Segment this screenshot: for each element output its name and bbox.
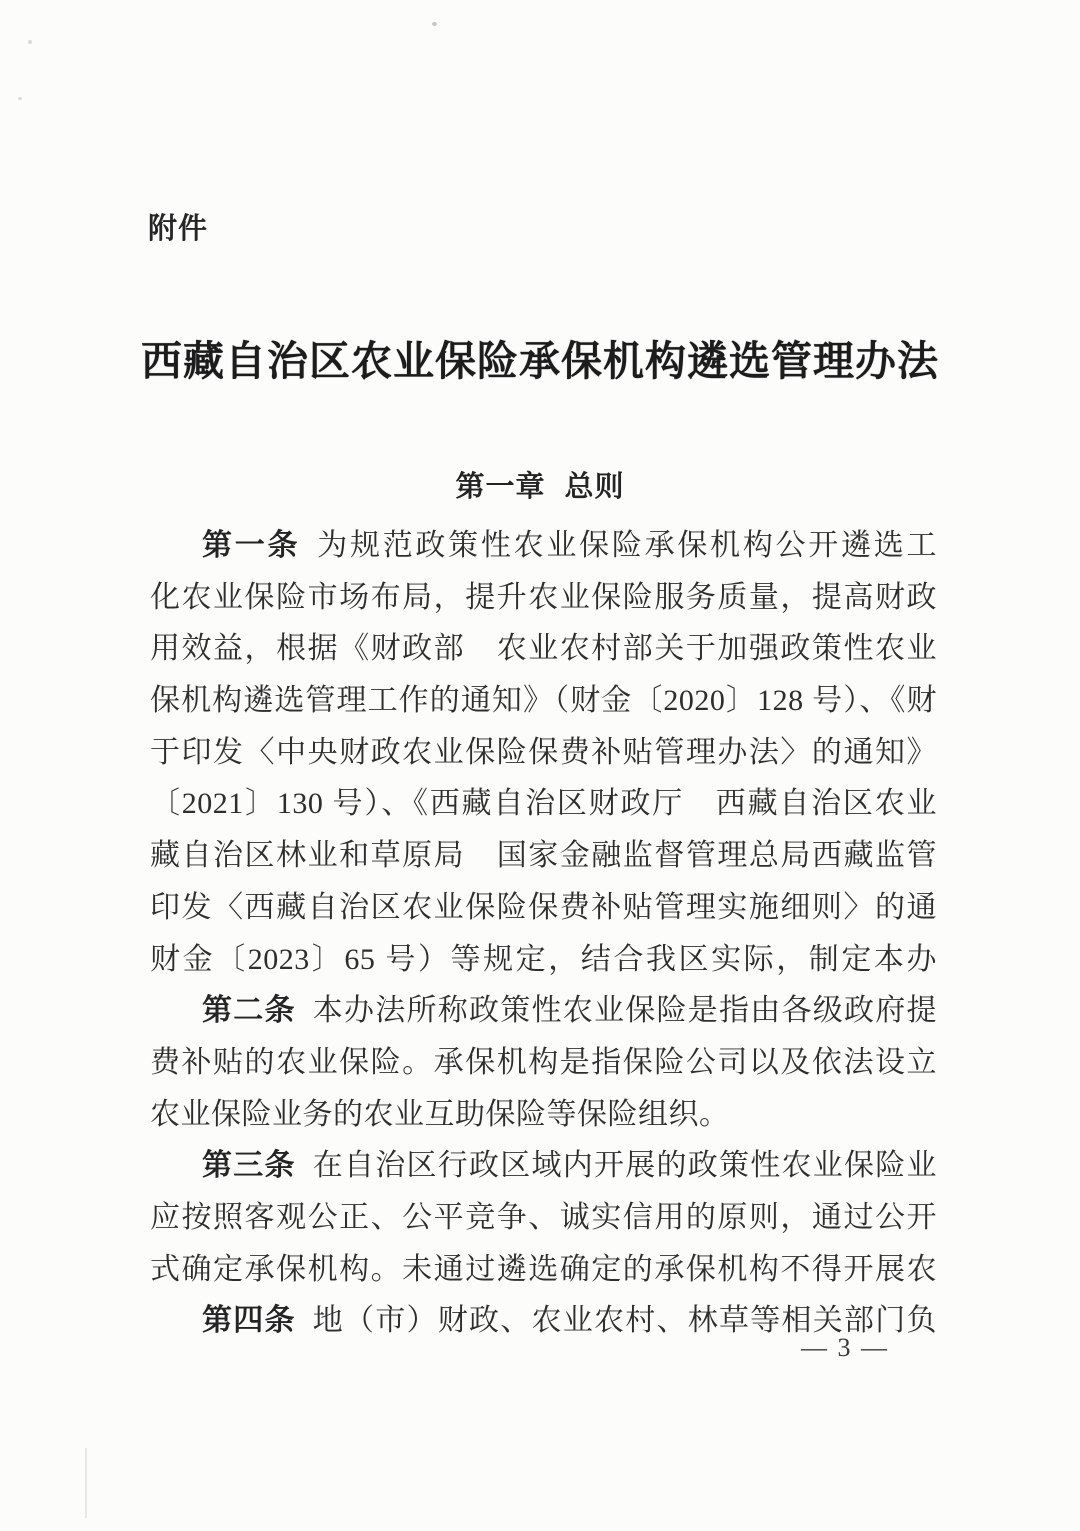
body-line: 应按照客观公正、公平竞争、诚实信用的原则，通过公开遴选方 xyxy=(150,1192,937,1244)
body-line: 第二条本办法所称政策性农业保险是指由各级政府提供保 xyxy=(150,985,937,1037)
body-line-text: 于印发〈中央财政农业保险保费补贴管理办法〉的通知》（财金 xyxy=(150,736,937,779)
body-line: 〔2021〕130 号）、《西藏自治区财政厅 西藏自治区农业农村厅 西 xyxy=(150,778,937,830)
body-line: 印发〈西藏自治区农业保险保费补贴管理实施细则〉的通知》（藏 xyxy=(150,882,937,934)
body-line: 费补贴的农业保险。承保机构是指保险公司以及依法设立并开展 xyxy=(150,1037,937,1089)
body-line-text: 本办法所称政策性农业保险是指由各级政府提供保 xyxy=(202,994,937,1037)
document-title: 西藏自治区农业保险承保机构遴选管理办法 xyxy=(70,336,1010,386)
body-line: 式确定承保机构。未通过遴选确定的承保机构不得开展农业保险。 xyxy=(150,1244,937,1296)
body-line-text: 为规范政策性农业保险承保机构公开遴选工作，优 xyxy=(202,529,937,572)
scan-edge-artifact xyxy=(85,1448,87,1518)
scan-speck xyxy=(432,22,437,26)
document-page: 附件 西藏自治区农业保险承保机构遴选管理办法 第一章 总则 第一条为规范政策性农… xyxy=(0,0,1080,1531)
article-number: 第二条 xyxy=(202,994,296,1027)
body-line: 财金〔2023〕65 号）等规定，结合我区实际，制定本办法。 xyxy=(150,934,937,986)
article-number: 第三条 xyxy=(202,1149,296,1182)
body-line: 第三条在自治区行政区域内开展的政策性农业保险业务， xyxy=(150,1140,937,1192)
scan-speck xyxy=(28,40,32,44)
body-line-text: 在自治区行政区域内开展的政策性农业保险业务， xyxy=(202,1149,937,1192)
body-line: 农业保险业务的农业互助保险等保险组织。 xyxy=(150,1089,937,1141)
body-line: 于印发〈中央财政农业保险保费补贴管理办法〉的通知》（财金 xyxy=(150,727,937,779)
article-number: 第一条 xyxy=(202,529,300,562)
body-line-text: 保机构遴选管理工作的通知》（财金〔2020〕128 号）、《财政部关 xyxy=(150,684,937,727)
body-line: 第一条为规范政策性农业保险承保机构公开遴选工作，优 xyxy=(150,520,937,572)
body-line-text: 用效益，根据《财政部 农业农村部关于加强政策性农业保险承 xyxy=(150,632,937,675)
body-line: 保机构遴选管理工作的通知》（财金〔2020〕128 号）、《财政部关 xyxy=(150,675,937,727)
body-line: 藏自治区林业和草原局 国家金融监督管理总局西藏监管局关于 xyxy=(150,830,937,882)
body-line-text: 应按照客观公正、公平竞争、诚实信用的原则，通过公开遴选方 xyxy=(150,1201,937,1244)
body-line-text: 〔2021〕130 号）、《西藏自治区财政厅 西藏自治区农业农村厅 西 xyxy=(150,787,937,830)
body-line-text: 式确定承保机构。未通过遴选确定的承保机构不得开展农业保险。 xyxy=(150,1253,937,1296)
body-line-text: 财金〔2023〕65 号）等规定，结合我区实际，制定本办法。 xyxy=(150,943,937,986)
body-text: 第一条为规范政策性农业保险承保机构公开遴选工作，优 化农业保险市场布局，提升农业… xyxy=(150,520,937,1347)
attachment-label: 附件 xyxy=(148,212,208,246)
body-line-text: 化农业保险市场布局，提升农业保险服务质量，提高财政资金使 xyxy=(150,581,937,624)
body-line: 用效益，根据《财政部 农业农村部关于加强政策性农业保险承 xyxy=(150,623,937,675)
body-line-text: 印发〈西藏自治区农业保险保费补贴管理实施细则〉的通知》（藏 xyxy=(150,891,937,934)
body-line-text: 费补贴的农业保险。承保机构是指保险公司以及依法设立并开展 xyxy=(150,1046,937,1089)
article-number: 第四条 xyxy=(202,1304,296,1337)
scan-speck xyxy=(18,97,22,100)
page-number: — 3 — xyxy=(790,1332,900,1364)
body-line-text: 藏自治区林业和草原局 国家金融监督管理总局西藏监管局关于 xyxy=(150,839,937,882)
body-line: 化农业保险市场布局，提升农业保险服务质量，提高财政资金使 xyxy=(150,572,937,624)
body-line-text: 农业保险业务的农业互助保险等保险组织。 xyxy=(150,1098,730,1131)
chapter-heading: 第一章 总则 xyxy=(70,468,1010,506)
